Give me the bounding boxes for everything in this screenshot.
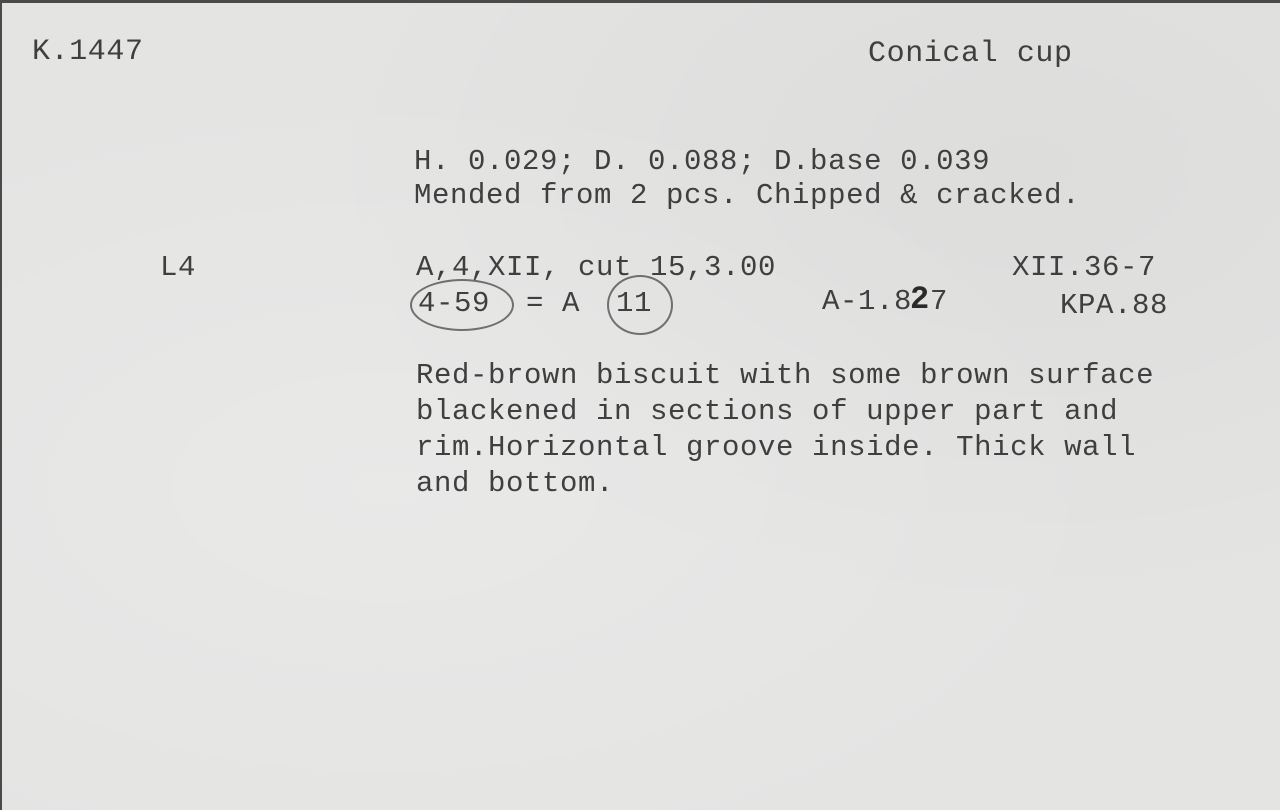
dimensions: H. 0.029; D. 0.088; D.base 0.039 (414, 145, 990, 179)
ink-circle-mark (410, 279, 514, 331)
ink-circle-mark (607, 275, 673, 335)
a-number-prefix: A-1.8 (822, 285, 912, 318)
condition: Mended from 2 pcs. Chipped & cracked. (414, 179, 1080, 213)
equals-a: = A (526, 287, 580, 321)
a-number-overstrike: 2 (910, 283, 930, 317)
description-line: rim.Horizontal groove inside. Thick wall (416, 431, 1136, 465)
a-number-end: 7 (930, 285, 948, 318)
description-line: blackened in sections of upper part and (416, 395, 1118, 429)
kpa-number: KPA.88 (1060, 289, 1168, 323)
locus: L4 (160, 251, 196, 285)
object-type: Conical cup (868, 37, 1073, 71)
description-line: and bottom. (416, 467, 614, 501)
description-line: Red-brown biscuit with some brown surfac… (416, 359, 1154, 393)
a-number: A-1.8227 (822, 285, 948, 319)
date-found: XII.36-7 (1012, 251, 1156, 285)
catalog-card: K.1447 Conical cup H. 0.029; D. 0.088; D… (2, 3, 1280, 810)
catalog-number: K.1447 (32, 35, 144, 69)
